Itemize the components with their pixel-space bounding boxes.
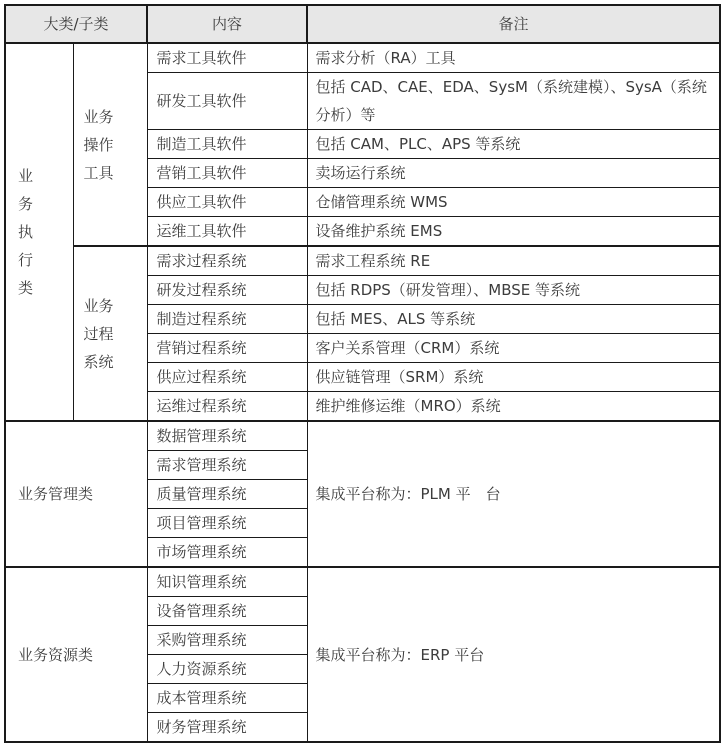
content-cell: 需求管理系统 bbox=[147, 451, 307, 480]
content-cell: 供应过程系统 bbox=[147, 363, 307, 392]
note-cell: 包括 MES、ALS 等系统 bbox=[307, 305, 720, 334]
content-cell: 营销过程系统 bbox=[147, 334, 307, 363]
major-category-cell: 业务管理类 bbox=[5, 421, 147, 567]
content-cell: 采购管理系统 bbox=[147, 626, 307, 655]
major-category-cell: 业务资源类 bbox=[5, 567, 147, 742]
content-cell: 运维过程系统 bbox=[147, 392, 307, 422]
classification-table: 大类/子类 内容 备注 业务执行类 业务操作工具 需求工具软件 需求分析（RA）… bbox=[4, 4, 721, 743]
note-cell: 需求工程系统 RE bbox=[307, 246, 720, 276]
content-cell: 营销工具软件 bbox=[147, 159, 307, 188]
note-cell: 包括 CAM、PLC、APS 等系统 bbox=[307, 130, 720, 159]
table-row: 业务过程系统 需求过程系统 需求工程系统 RE bbox=[5, 246, 720, 276]
subcategory-cell: 业务操作工具 bbox=[73, 43, 147, 246]
content-cell: 人力资源系统 bbox=[147, 655, 307, 684]
content-cell: 数据管理系统 bbox=[147, 421, 307, 451]
table-row: 业务资源类 知识管理系统 集成平台称为：ERP 平台 bbox=[5, 567, 720, 597]
note-cell: 包括 CAD、CAE、EDA、SysM（系统建模）、SysA（系统分析）等 bbox=[307, 73, 720, 130]
document-page: 大类/子类 内容 备注 业务执行类 业务操作工具 需求工具软件 需求分析（RA）… bbox=[0, 0, 724, 729]
header-cell-note: 备注 bbox=[307, 5, 720, 43]
note-cell: 仓储管理系统 WMS bbox=[307, 188, 720, 217]
table-body: 业务执行类 业务操作工具 需求工具软件 需求分析（RA）工具 研发工具软件 包括… bbox=[5, 43, 720, 742]
note-cell: 集成平台称为：PLM 平 台 bbox=[307, 421, 720, 567]
content-cell: 财务管理系统 bbox=[147, 713, 307, 743]
content-cell: 质量管理系统 bbox=[147, 480, 307, 509]
note-cell: 维护维修运维（MRO）系统 bbox=[307, 392, 720, 422]
note-cell: 包括 RDPS（研发管理）、MBSE 等系统 bbox=[307, 276, 720, 305]
content-cell: 供应工具软件 bbox=[147, 188, 307, 217]
header-cell-category: 大类/子类 bbox=[5, 5, 147, 43]
note-cell: 集成平台称为：ERP 平台 bbox=[307, 567, 720, 742]
content-cell: 运维工具软件 bbox=[147, 217, 307, 247]
content-cell: 成本管理系统 bbox=[147, 684, 307, 713]
content-cell: 市场管理系统 bbox=[147, 538, 307, 568]
table-row: 业务执行类 业务操作工具 需求工具软件 需求分析（RA）工具 bbox=[5, 43, 720, 73]
content-cell: 制造工具软件 bbox=[147, 130, 307, 159]
table-row: 业务管理类 数据管理系统 集成平台称为：PLM 平 台 bbox=[5, 421, 720, 451]
subcategory-cell: 业务过程系统 bbox=[73, 246, 147, 421]
content-cell: 研发工具软件 bbox=[147, 73, 307, 130]
header-row: 大类/子类 内容 备注 bbox=[5, 5, 720, 43]
note-cell: 供应链管理（SRM）系统 bbox=[307, 363, 720, 392]
note-cell: 客户关系管理（CRM）系统 bbox=[307, 334, 720, 363]
content-cell: 需求过程系统 bbox=[147, 246, 307, 276]
content-cell: 制造过程系统 bbox=[147, 305, 307, 334]
note-cell: 设备维护系统 EMS bbox=[307, 217, 720, 247]
table-header: 大类/子类 内容 备注 bbox=[5, 5, 720, 43]
content-cell: 研发过程系统 bbox=[147, 276, 307, 305]
content-cell: 知识管理系统 bbox=[147, 567, 307, 597]
note-cell: 卖场运行系统 bbox=[307, 159, 720, 188]
header-cell-content: 内容 bbox=[147, 5, 307, 43]
content-cell: 设备管理系统 bbox=[147, 597, 307, 626]
content-cell: 项目管理系统 bbox=[147, 509, 307, 538]
major-category-cell: 业务执行类 bbox=[5, 43, 73, 421]
note-cell: 需求分析（RA）工具 bbox=[307, 43, 720, 73]
content-cell: 需求工具软件 bbox=[147, 43, 307, 73]
